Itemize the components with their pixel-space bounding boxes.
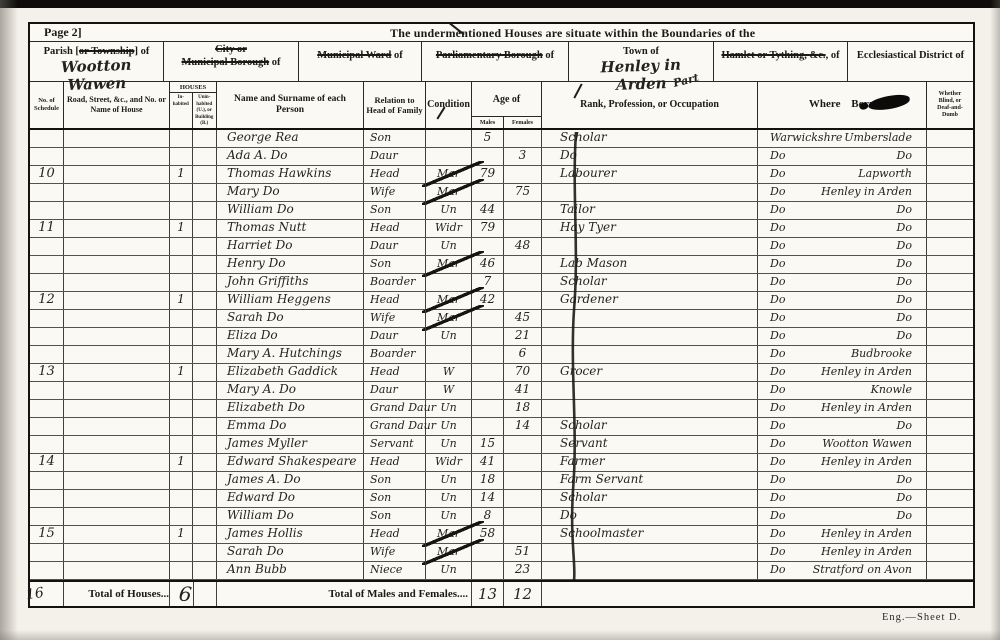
table-row: Sarah Do Wife Mar 45 Do Do — [30, 310, 973, 328]
road-cell — [64, 454, 170, 471]
person-name-cell: John Griffiths — [217, 274, 364, 291]
relation-cell: Son — [364, 130, 426, 147]
col-relation: Relation to Head of Family — [364, 82, 426, 128]
uninhabited-cell — [193, 418, 217, 435]
table-row: 13 1 Elizabeth Gaddick Head W 70 Grocer … — [30, 364, 973, 382]
schedule-number-cell — [30, 346, 64, 363]
age-male-cell: 8 — [472, 508, 504, 525]
uninhabited-cell — [193, 544, 217, 561]
table-row: James A. Do Son Un 18 Farm Servant Do Do — [30, 472, 973, 490]
blind-cell — [927, 544, 973, 561]
blind-cell — [927, 292, 973, 309]
uninhabited-cell — [193, 202, 217, 219]
age-male-cell: 5 — [472, 130, 504, 147]
relation-cell: Daur — [364, 382, 426, 399]
age-female-cell — [504, 220, 542, 237]
uninhabited-cell — [193, 436, 217, 453]
relation-cell: Head — [364, 292, 426, 309]
occupation-cell: Hay Tyer — [542, 220, 758, 237]
where-born-cell: Do Do — [758, 202, 927, 219]
col-age-group: Age of Males Females — [472, 82, 542, 128]
occupation-cell: Farmer — [542, 454, 758, 471]
road-cell — [64, 148, 170, 165]
age-male-cell — [472, 400, 504, 417]
occupation-cell: Gardener — [542, 292, 758, 309]
age-female-cell — [504, 490, 542, 507]
uninhabited-cell — [193, 220, 217, 237]
person-name-cell: Elizabeth Gaddick — [217, 364, 364, 381]
road-cell — [64, 562, 170, 579]
schedule-number-cell: 11 — [30, 220, 64, 237]
age-female-cell — [504, 508, 542, 525]
municipal-ward-cell: Municipal Ward of — [299, 42, 422, 81]
inhabited-cell — [170, 382, 193, 399]
schedule-number-cell — [30, 382, 64, 399]
totals-left-mark: 16 — [30, 582, 64, 606]
age-male-cell — [472, 328, 504, 345]
occupation-cell: Do — [542, 148, 758, 165]
age-male-cell: 41 — [472, 454, 504, 471]
blind-cell — [927, 382, 973, 399]
scan-edge-top — [0, 0, 1000, 8]
where-born-cell: Do Wootton Wawen — [758, 436, 927, 453]
inhabited-cell — [170, 472, 193, 489]
age-female-cell — [504, 130, 542, 147]
age-female-cell: 48 — [504, 238, 542, 255]
hamlet-label-struck: Hamlet or Tything, &c. — [721, 50, 825, 61]
col-condition: Condition — [426, 82, 472, 128]
occupation-cell: Schoolmaster — [542, 526, 758, 543]
occupation-cell — [542, 382, 758, 399]
relation-cell: Boarder — [364, 346, 426, 363]
parish-value-handwritten: Wootton Wawen — [33, 55, 159, 95]
person-name-cell: James Hollis — [217, 526, 364, 543]
age-female-cell: 6 — [504, 346, 542, 363]
totals-row: 16 Total of Houses... 6 Total of Males a… — [30, 580, 973, 606]
where-born-cell: Do Budbrooke — [758, 346, 927, 363]
city-label-struck: City or — [215, 44, 247, 55]
inhabited-cell — [170, 418, 193, 435]
condition-cell: Widr — [426, 220, 472, 237]
road-cell — [64, 364, 170, 381]
hamlet-cell: Hamlet or Tything, &c., of — [714, 42, 848, 81]
age-male-cell — [472, 310, 504, 327]
inhabited-cell — [170, 544, 193, 561]
occupation-cell — [542, 346, 758, 363]
col-uninhabited: Unin-habited (U.), or Building (B.) — [193, 93, 216, 128]
where-born-cell: Do Do — [758, 490, 927, 507]
age-female-cell: 14 — [504, 418, 542, 435]
relation-cell: Son — [364, 490, 426, 507]
condition-cell: Un — [426, 400, 472, 417]
table-row: Eliza Do Daur Un 21 Do Do — [30, 328, 973, 346]
sheet-heading: The undermentioned Houses are situate wi… — [390, 26, 755, 41]
parish-label: Parish [ — [44, 46, 79, 57]
blind-cell — [927, 526, 973, 543]
condition-cell — [426, 346, 472, 363]
blind-cell — [927, 274, 973, 291]
census-sheet-scan: Page 2] The undermentioned Houses are si… — [0, 0, 1000, 640]
inhabited-cell — [170, 508, 193, 525]
schedule-number-cell — [30, 238, 64, 255]
uninhabited-cell — [193, 148, 217, 165]
parish-cell: Parish [or Township] of Wootton Wawen — [30, 42, 164, 81]
age-female-cell: 18 — [504, 400, 542, 417]
road-cell — [64, 490, 170, 507]
town-label: Town of — [623, 46, 659, 57]
inhabited-cell: 1 — [170, 220, 193, 237]
blind-cell — [927, 436, 973, 453]
uninhabited-cell — [193, 562, 217, 579]
ecclesiastical-label: Ecclesiastical District of — [857, 50, 964, 61]
occupation-cell — [542, 238, 758, 255]
ward-label-struck: Municipal Ward — [317, 50, 391, 61]
ecclesiastical-cell: Ecclesiastical District of — [848, 42, 973, 81]
occupation-cell: Servant — [542, 436, 758, 453]
person-name-cell: Mary A. Hutchings — [217, 346, 364, 363]
age-male-cell: 44 — [472, 202, 504, 219]
age-female-cell — [504, 166, 542, 183]
schedule-number-cell: 13 — [30, 364, 64, 381]
blind-cell — [927, 130, 973, 147]
occupation-cell: Farm Servant — [542, 472, 758, 489]
schedule-number-cell — [30, 472, 64, 489]
condition-cell: Mar — [426, 166, 472, 183]
road-cell — [64, 418, 170, 435]
relation-cell: Wife — [364, 544, 426, 561]
age-male-cell — [472, 148, 504, 165]
road-cell — [64, 256, 170, 273]
schedule-number-cell — [30, 148, 64, 165]
blind-cell — [927, 562, 973, 579]
table-row: Ada A. Do Daur 3 Do Do Do — [30, 148, 973, 166]
condition-cell: Un — [426, 472, 472, 489]
blind-cell — [927, 508, 973, 525]
age-male-cell: 79 — [472, 166, 504, 183]
uninhabited-cell — [193, 400, 217, 417]
age-male-cell: 46 — [472, 256, 504, 273]
where-born-cell: Do Do — [758, 508, 927, 525]
person-name-cell: Edward Shakespeare — [217, 454, 364, 471]
condition-cell — [426, 274, 472, 291]
blind-cell — [927, 256, 973, 273]
age-female-cell — [504, 274, 542, 291]
table-row: 10 1 Thomas Hawkins Head Mar 79 Labourer… — [30, 166, 973, 184]
age-male-cell — [472, 346, 504, 363]
person-name-cell: George Rea — [217, 130, 364, 147]
occupation-cell: Tailor — [542, 202, 758, 219]
blind-cell — [927, 310, 973, 327]
inhabited-cell — [170, 148, 193, 165]
uninhabited-cell — [193, 490, 217, 507]
person-name-cell: Sarah Do — [217, 544, 364, 561]
where-born-cell: Do Stratford on Avon — [758, 562, 927, 579]
col-houses-group: HOUSES In-habited Unin-habited (U.), or … — [170, 82, 217, 128]
where-born-cell: Do Do — [758, 418, 927, 435]
table-row: Harriet Do Daur Un 48 Do Do — [30, 238, 973, 256]
occupation-cell — [542, 400, 758, 417]
uninhabited-cell — [193, 526, 217, 543]
schedule-number-cell — [30, 256, 64, 273]
where-born-cell: Do Do — [758, 310, 927, 327]
inhabited-cell — [170, 400, 193, 417]
where-born-cell: Do Do — [758, 274, 927, 291]
relation-cell: Niece — [364, 562, 426, 579]
age-male-cell: 42 — [472, 292, 504, 309]
condition-cell: Un — [426, 328, 472, 345]
relation-cell: Head — [364, 166, 426, 183]
total-houses-label: Total of Houses... — [64, 582, 170, 606]
schedule-number-cell — [30, 490, 64, 507]
relation-cell: Head — [364, 364, 426, 381]
relation-cell: Wife — [364, 184, 426, 201]
inhabited-cell — [170, 274, 193, 291]
age-male-cell: 14 — [472, 490, 504, 507]
total-males-value: 13 — [472, 582, 504, 606]
person-name-cell: Eliza Do — [217, 328, 364, 345]
relation-cell: Daur — [364, 238, 426, 255]
age-female-cell — [504, 436, 542, 453]
age-female-cell: 3 — [504, 148, 542, 165]
relation-cell: Daur — [364, 328, 426, 345]
parliamentary-label-struck: Parliamentary Borough — [436, 50, 543, 61]
condition-cell: Un — [426, 490, 472, 507]
relation-cell: Servant — [364, 436, 426, 453]
age-female-cell: 45 — [504, 310, 542, 327]
col-blind: Whether Blind, or Deaf-and-Dumb — [927, 82, 973, 128]
blind-cell — [927, 490, 973, 507]
uninhabited-cell — [193, 310, 217, 327]
col-inhabited: In-habited — [170, 93, 193, 128]
inhabited-cell — [170, 310, 193, 327]
relation-cell: Son — [364, 256, 426, 273]
table-row: William Do Son Un 44 Tailor Do Do — [30, 202, 973, 220]
road-cell — [64, 238, 170, 255]
age-male-cell — [472, 382, 504, 399]
schedule-number-cell — [30, 418, 64, 435]
person-name-cell: Mary Do — [217, 184, 364, 201]
uninhabited-cell — [193, 508, 217, 525]
age-female-cell — [504, 526, 542, 543]
inhabited-cell: 1 — [170, 526, 193, 543]
uninhabited-cell — [193, 364, 217, 381]
occupation-cell: Scholar — [542, 274, 758, 291]
person-name-cell: Sarah Do — [217, 310, 364, 327]
condition-cell: W — [426, 364, 472, 381]
schedule-number-cell — [30, 436, 64, 453]
age-female-cell: 51 — [504, 544, 542, 561]
where-born-cell: Warwickshre Umberslade — [758, 130, 927, 147]
age-female-cell — [504, 454, 542, 471]
where-born-cell: Do Henley in Arden — [758, 184, 927, 201]
age-male-cell — [472, 184, 504, 201]
schedule-number-cell: 15 — [30, 526, 64, 543]
occupation-cell — [542, 310, 758, 327]
blind-cell — [927, 148, 973, 165]
parliamentary-borough-cell: Parliamentary Borough of — [422, 42, 569, 81]
page-label: Page 2] — [44, 25, 82, 40]
blind-cell — [927, 202, 973, 219]
condition-cell: Un — [426, 202, 472, 219]
relation-cell: Grand Daur — [364, 400, 426, 417]
road-cell — [64, 274, 170, 291]
occupation-cell: Lab Mason — [542, 256, 758, 273]
schedule-number-cell: 12 — [30, 292, 64, 309]
uninhabited-cell — [193, 256, 217, 273]
total-houses-value: 6 — [170, 582, 217, 606]
inhabited-cell — [170, 328, 193, 345]
inhabited-cell: 1 — [170, 292, 193, 309]
age-male-cell — [472, 364, 504, 381]
age-male-cell — [472, 418, 504, 435]
table-row: Elizabeth Do Grand Daur Un 18 Do Henley … — [30, 400, 973, 418]
person-name-cell: Ada A. Do — [217, 148, 364, 165]
table-row: James Myller Servant Un 15 Servant Do Wo… — [30, 436, 973, 454]
condition-cell: Un — [426, 436, 472, 453]
table-row: 15 1 James Hollis Head Mar 58 Schoolmast… — [30, 526, 973, 544]
condition-cell: Mar — [426, 544, 472, 561]
condition-cell: Mar — [426, 292, 472, 309]
inhabited-cell — [170, 238, 193, 255]
uninhabited-cell — [193, 130, 217, 147]
uninhabited-cell — [193, 184, 217, 201]
condition-cell: Un — [426, 238, 472, 255]
rows-container: George Rea Son 5 Scholar Warwickshre Umb… — [30, 130, 973, 580]
blind-cell — [927, 238, 973, 255]
age-male-cell: 79 — [472, 220, 504, 237]
schedule-number-cell: 14 — [30, 454, 64, 471]
condition-cell: Mar — [426, 256, 472, 273]
schedule-number-cell — [30, 184, 64, 201]
relation-cell: Son — [364, 202, 426, 219]
age-male-cell — [472, 562, 504, 579]
occupation-cell: Grocer — [542, 364, 758, 381]
condition-cell — [426, 130, 472, 147]
blind-cell — [927, 166, 973, 183]
age-female-cell: 70 — [504, 364, 542, 381]
inhabited-cell: 1 — [170, 166, 193, 183]
sheet-footer: Eng.—Sheet D. — [882, 612, 961, 623]
schedule-number-cell — [30, 130, 64, 147]
road-cell — [64, 508, 170, 525]
blind-cell — [927, 346, 973, 363]
schedule-number-cell — [30, 328, 64, 345]
blind-cell — [927, 472, 973, 489]
inhabited-cell — [170, 490, 193, 507]
scan-edge-left — [0, 0, 18, 640]
occupation-cell: Scholar — [542, 490, 758, 507]
road-cell — [64, 436, 170, 453]
age-female-cell — [504, 292, 542, 309]
schedule-number-cell — [30, 400, 64, 417]
uninhabited-cell — [193, 328, 217, 345]
table-row: Mary A. Do Daur W 41 Do Knowle — [30, 382, 973, 400]
where-born-cell: Do Henley in Arden — [758, 526, 927, 543]
age-female-cell — [504, 202, 542, 219]
census-table: Page 2] The undermentioned Houses are si… — [28, 22, 975, 608]
schedule-number-cell — [30, 508, 64, 525]
inhabited-cell — [170, 562, 193, 579]
condition-cell: Mar — [426, 526, 472, 543]
table-row: Ann Bubb Niece Un 23 Do Stratford on Avo… — [30, 562, 973, 580]
inhabited-cell — [170, 202, 193, 219]
person-name-cell: Mary A. Do — [217, 382, 364, 399]
age-male-cell: 58 — [472, 526, 504, 543]
road-cell — [64, 184, 170, 201]
table-row: George Rea Son 5 Scholar Warwickshre Umb… — [30, 130, 973, 148]
where-born-cell: Do Do — [758, 292, 927, 309]
road-cell — [64, 526, 170, 543]
person-name-cell: Edward Do — [217, 490, 364, 507]
table-row: William Do Son Un 8 Do Do Do — [30, 508, 973, 526]
scan-edge-right — [990, 0, 1000, 640]
road-cell — [64, 346, 170, 363]
occupation-cell — [542, 544, 758, 561]
relation-cell: Boarder — [364, 274, 426, 291]
occupation-cell — [542, 562, 758, 579]
total-females-value: 12 — [504, 582, 542, 606]
condition-cell: Mar — [426, 184, 472, 201]
where-born-cell: Do Knowle — [758, 382, 927, 399]
relation-cell: Daur — [364, 148, 426, 165]
relation-cell: Grand Daur — [364, 418, 426, 435]
uninhabited-cell — [193, 472, 217, 489]
occupation-cell — [542, 184, 758, 201]
person-name-cell: James Myller — [217, 436, 364, 453]
age-female-cell — [504, 472, 542, 489]
where-born-cell: Do Do — [758, 328, 927, 345]
relation-cell: Head — [364, 220, 426, 237]
uninhabited-cell — [193, 166, 217, 183]
person-name-cell: William Heggens — [217, 292, 364, 309]
uninhabited-cell — [193, 346, 217, 363]
table-row: 14 1 Edward Shakespeare Head Widr 41 Far… — [30, 454, 973, 472]
inhabited-cell — [170, 436, 193, 453]
municipal-borough-cell: City or Municipal Borough of — [164, 42, 299, 81]
inhabited-cell — [170, 130, 193, 147]
blind-cell — [927, 328, 973, 345]
schedule-number-cell — [30, 562, 64, 579]
person-name-cell: Thomas Nutt — [217, 220, 364, 237]
road-cell — [64, 400, 170, 417]
road-cell — [64, 166, 170, 183]
condition-cell: Un — [426, 508, 472, 525]
age-male-cell: 7 — [472, 274, 504, 291]
blind-cell — [927, 418, 973, 435]
blind-cell — [927, 220, 973, 237]
inhabited-cell — [170, 346, 193, 363]
road-cell — [64, 220, 170, 237]
where-born-cell: Do Henley in Arden — [758, 400, 927, 417]
table-row: Sarah Do Wife Mar 51 Do Henley in Arden — [30, 544, 973, 562]
age-male-cell — [472, 238, 504, 255]
occupation-cell: Labourer — [542, 166, 758, 183]
age-female-cell: 21 — [504, 328, 542, 345]
condition-cell — [426, 148, 472, 165]
table-row: Mary A. Hutchings Boarder 6 Do Budbrooke — [30, 346, 973, 364]
condition-cell: W — [426, 382, 472, 399]
blind-cell — [927, 184, 973, 201]
col-houses: HOUSES — [170, 82, 216, 93]
age-female-cell: 41 — [504, 382, 542, 399]
where-born-cell: Do Henley in Arden — [758, 454, 927, 471]
uninhabited-cell — [193, 454, 217, 471]
road-cell — [64, 130, 170, 147]
uninhabited-cell — [193, 382, 217, 399]
scan-edge-bottom — [0, 630, 1000, 640]
table-row: John Griffiths Boarder 7 Scholar Do Do — [30, 274, 973, 292]
ink-blot — [867, 93, 910, 112]
